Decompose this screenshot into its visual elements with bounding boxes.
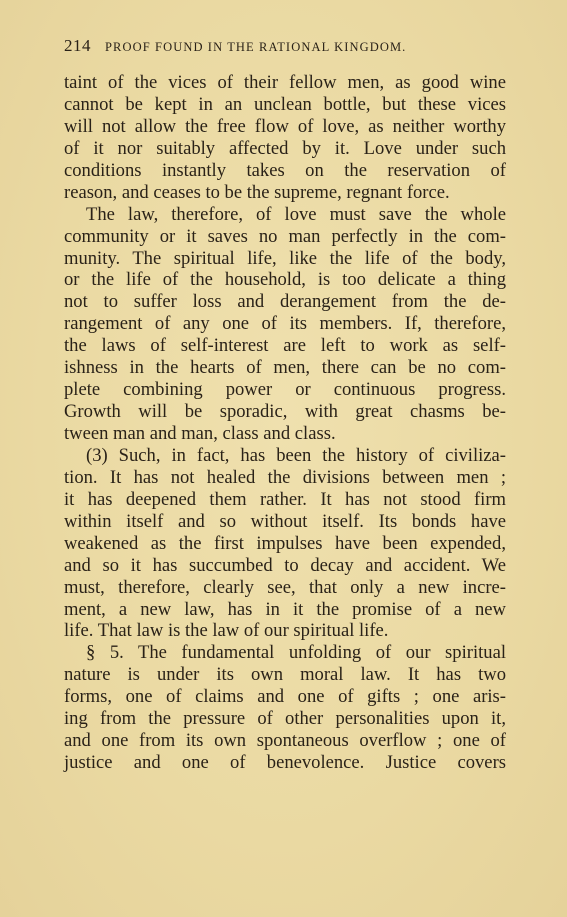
page-number: 214 <box>64 36 91 56</box>
running-title: PROOF FOUND IN THE RATIONAL KINGDOM. <box>105 40 406 55</box>
text-line: it has deepened them rather. It has not … <box>64 489 506 511</box>
text-line: the laws of self-interest are left to wo… <box>64 335 506 357</box>
text-line: must, therefore, clearly see, that only … <box>64 577 506 599</box>
text-line: plete combining power or continuous prog… <box>64 379 506 401</box>
text-line: ishness in the hearts of men, there can … <box>64 357 506 379</box>
body-text: taint of the vices of their fellow men, … <box>64 72 506 774</box>
text-line: conditions instantly takes on the reserv… <box>64 160 506 182</box>
text-line: reason, and ceases to be the supreme, re… <box>64 182 506 204</box>
text-line: within itself and so without itself. Its… <box>64 511 506 533</box>
text-line: munity. The spiritual life, like the lif… <box>64 248 506 270</box>
text-line: ing from the pressure of other personali… <box>64 708 506 730</box>
text-line: tion. It has not healed the divisions be… <box>64 467 506 489</box>
text-line: The law, therefore, of love must save th… <box>64 204 506 226</box>
text-line: (3) Such, in fact, has been the history … <box>64 445 506 467</box>
text-line: or the life of the household, is too del… <box>64 269 506 291</box>
text-line: forms, one of claims and one of gifts ; … <box>64 686 506 708</box>
text-line: community or it saves no man perfectly i… <box>64 226 506 248</box>
text-line: and so it has succumbed to decay and acc… <box>64 555 506 577</box>
text-line: nature is under its own moral law. It ha… <box>64 664 506 686</box>
book-page: 214 PROOF FOUND IN THE RATIONAL KINGDOM.… <box>64 36 506 774</box>
text-line: weakened as the first impulses have been… <box>64 533 506 555</box>
text-line: tween man and man, class and class. <box>64 423 506 445</box>
text-line: life. That law is the law of our spiritu… <box>64 620 506 642</box>
text-line: and one from its own spontaneous overflo… <box>64 730 506 752</box>
text-line: Growth will be sporadic, with great chas… <box>64 401 506 423</box>
text-line: cannot be kept in an unclean bottle, but… <box>64 94 506 116</box>
text-line: justice and one of benevolence. Justice … <box>64 752 506 774</box>
running-head: 214 PROOF FOUND IN THE RATIONAL KINGDOM. <box>64 36 506 58</box>
text-line: § 5. The fundamental unfolding of our sp… <box>64 642 506 664</box>
text-line: ment, a new law, has in it the promise o… <box>64 599 506 621</box>
text-line: will not allow the free flow of love, as… <box>64 116 506 138</box>
text-line: taint of the vices of their fellow men, … <box>64 72 506 94</box>
text-line: rangement of any one of its members. If,… <box>64 313 506 335</box>
text-line: of it nor suitably affected by it. Love … <box>64 138 506 160</box>
text-line: not to suffer loss and derangement from … <box>64 291 506 313</box>
